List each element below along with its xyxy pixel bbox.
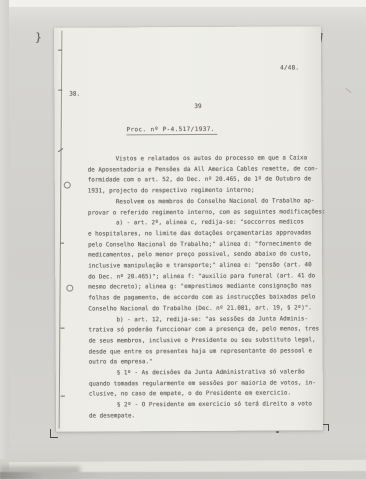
crease-tick xyxy=(58,50,62,51)
process-title: Proc. nº P-4.517/1937. xyxy=(126,126,217,135)
text-line: Vistos e relatados os autos do processo … xyxy=(88,153,322,165)
margin-page-number: 38. xyxy=(69,91,80,98)
text-line: Resolvem os membros do Conselho Nacional… xyxy=(88,196,322,208)
text-line: § 2º - O Presidente em exercicio só terá… xyxy=(89,399,323,411)
crease-tick xyxy=(58,90,62,91)
punch-hole xyxy=(64,182,71,189)
scanner-bed-left-strip xyxy=(0,0,9,459)
text-line: de desempate. xyxy=(89,410,323,422)
scanner-bed-top-strip xyxy=(0,0,366,7)
text-line: formidade com o art. 52, do Dec. nº 20.4… xyxy=(88,175,322,187)
crease-tick xyxy=(61,396,65,397)
crease-tick xyxy=(60,243,64,244)
text-line: Conselho Nacional do Trabalho (Dec. nº 2… xyxy=(88,303,322,315)
document-page: 4/48. 38. 39 Proc. nº P-4.517/1937. Vist… xyxy=(54,26,323,431)
text-line: e hospitalares, no limite das dotações o… xyxy=(88,228,322,240)
text-line: de seus membros, inclusive o Presidente … xyxy=(89,335,323,347)
faint-smudge-mark xyxy=(345,88,351,93)
punch-hole xyxy=(66,285,73,292)
scanner-bed-bottom-edge xyxy=(0,472,366,479)
ink-dot-mark xyxy=(276,431,279,433)
text-line: desde que entre os presentes haja um rep… xyxy=(89,346,323,358)
document-body: Vistos e relatados os autos do processo … xyxy=(88,153,323,422)
scanned-document-background: } 4/48. 38. 39 Proc. nº P-4.517/1937. Vi… xyxy=(0,0,366,479)
corner-mark-top-left: } xyxy=(35,31,43,44)
crease-tick xyxy=(61,328,65,329)
page-number: 39 xyxy=(194,103,201,110)
folio-annotation: 4/48. xyxy=(280,64,299,71)
